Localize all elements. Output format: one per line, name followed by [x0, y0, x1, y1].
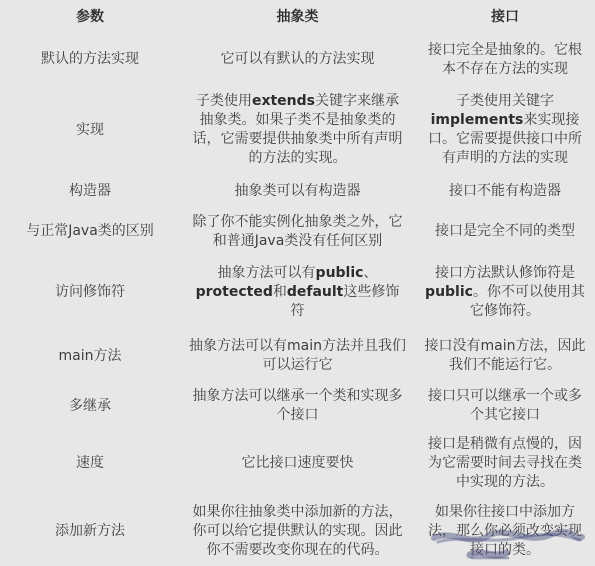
param-cell: 默认的方法实现 — [0, 34, 180, 85]
interface-cell: 接口方法默认修饰符是public。你不可以使用其它修饰符。 — [415, 255, 595, 330]
param-cell: 与正常Java类的区别 — [0, 208, 180, 255]
header-interface: 接口 — [415, 0, 595, 34]
param-cell: 访问修饰符 — [0, 255, 180, 330]
param-cell: 多继承 — [0, 382, 180, 430]
abstract-class-cell: 除了你不能实例化抽象类之外，它和普通Java类没有任何区别 — [180, 208, 415, 255]
table-row: 添加新方法 如果你往抽象类中添加新的方法，你可以给它提供默认的实现。因此你不需要… — [0, 497, 595, 566]
comparison-table-page: 参数 抽象类 接口 默认的方法实现 它可以有默认的方法实现 接口完全是抽象的。它… — [0, 0, 595, 566]
abstract-class-cell: 如果你往抽象类中添加新的方法，你可以给它提供默认的实现。因此你不需要改变你现在的… — [180, 497, 415, 566]
param-cell: 实现 — [0, 85, 180, 175]
interface-cell: 接口是稍微有点慢的，因为它需要时间去寻找在类中实现的方法。 — [415, 430, 595, 497]
interface-cell: 如果你往接口中添加方法，那么你必须改变实现接口的类。 — [415, 497, 595, 566]
interface-cell: 接口只可以继承一个或多个其它接口 — [415, 382, 595, 430]
abstract-class-cell: 它可以有默认的方法实现 — [180, 34, 415, 85]
header-abstract-class: 抽象类 — [180, 0, 415, 34]
param-cell: 构造器 — [0, 175, 180, 208]
param-cell: 速度 — [0, 430, 180, 497]
table-row: 与正常Java类的区别 除了你不能实例化抽象类之外，它和普通Java类没有任何区… — [0, 208, 595, 255]
interface-cell: 接口不能有构造器 — [415, 175, 595, 208]
param-cell: main方法 — [0, 330, 180, 382]
abstract-class-cell: 抽象方法可以有public、protected和default这些修饰符 — [180, 255, 415, 330]
param-cell: 添加新方法 — [0, 497, 180, 566]
abstract-vs-interface-table: 参数 抽象类 接口 默认的方法实现 它可以有默认的方法实现 接口完全是抽象的。它… — [0, 0, 595, 566]
table-row: main方法 抽象方法可以有main方法并且我们可以运行它 接口没有main方法… — [0, 330, 595, 382]
abstract-class-cell: 它比接口速度要快 — [180, 430, 415, 497]
table-row: 速度 它比接口速度要快 接口是稍微有点慢的，因为它需要时间去寻找在类中实现的方法… — [0, 430, 595, 497]
header-row: 参数 抽象类 接口 — [0, 0, 595, 34]
table-row: 默认的方法实现 它可以有默认的方法实现 接口完全是抽象的。它根本不存在方法的实现 — [0, 34, 595, 85]
table-row: 构造器 抽象类可以有构造器 接口不能有构造器 — [0, 175, 595, 208]
abstract-class-cell: 抽象方法可以继承一个类和实现多个接口 — [180, 382, 415, 430]
interface-cell: 子类使用关键字implements来实现接口。它需要提供接口中所有声明的方法的实… — [415, 85, 595, 175]
interface-cell: 接口没有main方法，因此我们不能运行它。 — [415, 330, 595, 382]
abstract-class-cell: 抽象方法可以有main方法并且我们可以运行它 — [180, 330, 415, 382]
table-body: 默认的方法实现 它可以有默认的方法实现 接口完全是抽象的。它根本不存在方法的实现… — [0, 34, 595, 566]
interface-cell: 接口完全是抽象的。它根本不存在方法的实现 — [415, 34, 595, 85]
table-row: 实现 子类使用extends关键字来继承抽象类。如果子类不是抽象类的话，它需要提… — [0, 85, 595, 175]
interface-cell: 接口是完全不同的类型 — [415, 208, 595, 255]
abstract-class-cell: 抽象类可以有构造器 — [180, 175, 415, 208]
table-row: 多继承 抽象方法可以继承一个类和实现多个接口 接口只可以继承一个或多个其它接口 — [0, 382, 595, 430]
header-param: 参数 — [0, 0, 180, 34]
abstract-class-cell: 子类使用extends关键字来继承抽象类。如果子类不是抽象类的话，它需要提供抽象… — [180, 85, 415, 175]
table-row: 访问修饰符 抽象方法可以有public、protected和default这些修… — [0, 255, 595, 330]
